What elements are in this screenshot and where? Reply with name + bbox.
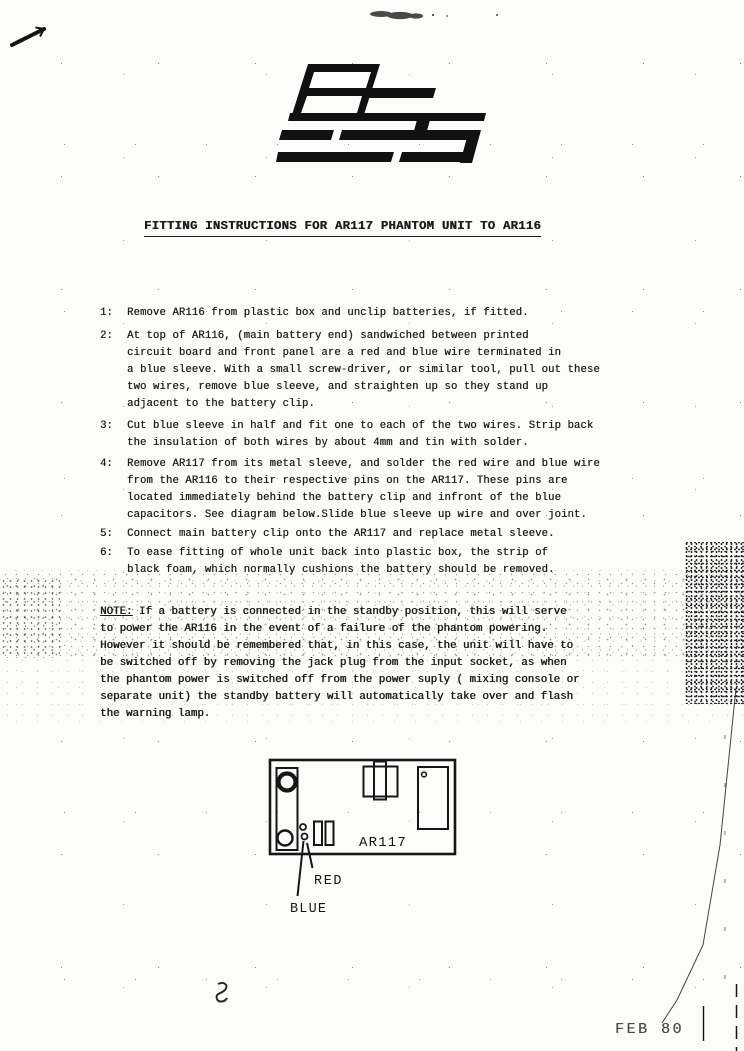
bss-logo-shapes [276,64,486,163]
step-number: 3: [100,418,127,435]
component-block [364,767,398,797]
board-label: AR117 [359,835,407,851]
fold-hair-line [662,688,736,1023]
step-number: 5: [100,526,127,543]
red-wire-pin [300,824,306,830]
bss-logo [276,60,492,172]
instruction-step-2: 2: At top of AR116, (main battery end) s… [100,328,620,413]
note-label: NOTE: [100,606,132,618]
pen-scribble-tip [36,28,45,37]
date-stamp: FEB 80 [615,1021,684,1038]
step-number: 2: [100,328,127,345]
noise-left-edge [0,578,60,658]
instruction-step-5: 5: Connect main battery clip onto the AR… [100,526,620,543]
instruction-step-6: 6: To ease fitting of whole unit back in… [100,545,620,579]
step-number: 1: [100,305,127,322]
step-text: At top of AR116, (main battery end) sand… [127,328,620,413]
instruction-step-1: 1: Remove AR116 from plastic box and unc… [100,305,620,322]
step-text: Connect main battery clip onto the AR117… [127,526,620,543]
scanned-document-page: FITTING INSTRUCTIONS FOR AR117 PHANTOM U… [0,0,744,1051]
instruction-step-3: 3: Cut blue sleeve in half and fit one t… [100,418,620,452]
mounting-hole [422,772,427,777]
pen-scribble-mark [12,29,44,45]
note-text: If a battery is connected in the standby… [100,606,579,720]
instruction-list: 1: Remove AR116 from plastic box and unc… [100,305,620,579]
noise-right-blotch [684,542,744,704]
step-text: To ease fitting of whole unit back into … [127,545,620,579]
step-text: Remove AR117 from its metal sleeve, and … [127,456,620,524]
step-text: Remove AR116 from plastic box and unclip… [127,305,620,322]
capacitor-small-1 [314,822,322,846]
ar117-circuit-diagram: AR117 RED BLUE [250,750,480,925]
red-wire-leader [307,843,313,868]
red-wire-label: RED [314,874,343,889]
step-number: 4: [100,456,127,473]
jack-ring-bottom [278,831,293,846]
blue-wire-pin [302,834,308,840]
ink-squiggle-mark [217,983,227,1002]
blue-wire-label: BLUE [290,902,327,917]
note-paragraph: NOTE: If a battery is connected in the s… [100,604,610,723]
jack-ring-top [279,774,296,791]
instruction-step-4: 4: Remove AR117 from its metal sleeve, a… [100,456,620,524]
step-text: Cut blue sleeve in half and fit one to e… [127,418,620,452]
ink-smudge [370,11,498,19]
document-title: FITTING INSTRUCTIONS FOR AR117 PHANTOM U… [144,219,541,237]
step-number: 6: [100,545,127,562]
capacitor-small-2 [326,822,334,846]
